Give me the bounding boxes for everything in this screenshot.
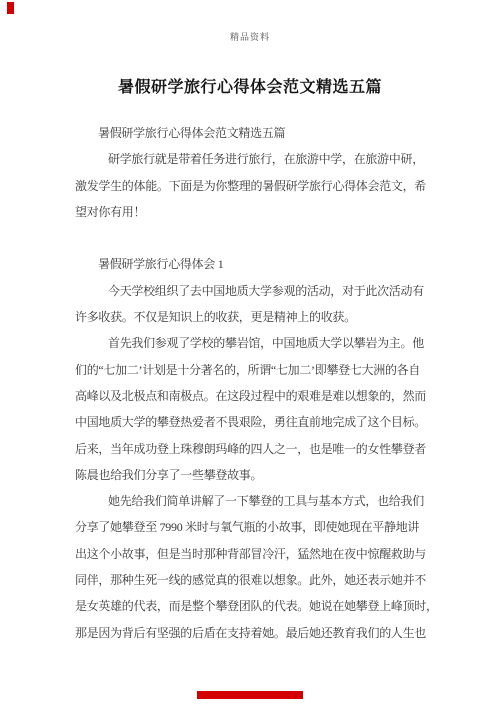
red-corner-mark xyxy=(7,2,14,14)
watermark-text: 精品资料 xyxy=(0,30,500,43)
text-line: 许多收获。不仅是知识上的收获，更是精神上的收获。 xyxy=(75,304,431,330)
page-title: 暑假研学旅行心得体会范文精选五篇 xyxy=(0,74,500,97)
text-line: 激发学生的体能。下面是为你整理的暑假研学旅行心得体会范文，希 xyxy=(75,173,431,199)
text-line: 分享了她攀登至 7990 米时与氧气瓶的小故事，即使她现在平静地讲 xyxy=(75,514,431,540)
text-line: 她先给我们简单讲解了一下攀登的工具与基本方式，也给我们 xyxy=(75,488,431,514)
blank-line xyxy=(75,225,431,251)
text-line: 同伴，那种生死一线的感觉真的很难以想象。此外，她还表示她并不 xyxy=(75,567,431,593)
text-line: 望对你有用！ xyxy=(75,199,431,225)
document-page: 精品资料 暑假研学旅行心得体会范文精选五篇 暑假研学旅行心得体会范文精选五篇研学… xyxy=(0,0,500,707)
document-body: 暑假研学旅行心得体会范文精选五篇研学旅行就是带着任务进行旅行，在旅游中学，在旅游… xyxy=(75,120,431,646)
text-line: 高峰以及北极点和南极点。在这段过程中的艰难是难以想象的，然而 xyxy=(75,383,431,409)
text-line: 中国地质大学的攀登热爱者不畏艰险，勇往直前地完成了这个目标。 xyxy=(75,409,431,435)
text-line: 后来，当年成功登上珠穆朗玛峰的四人之一，也是唯一的女性攀登者 xyxy=(75,436,431,462)
text-line: 出这个小故事，但是当时那种背部冒冷汗，猛然地在夜中惊醒救助与 xyxy=(75,541,431,567)
text-line: 首先我们参观了学校的攀岩馆，中国地质大学以攀岩为主。他 xyxy=(75,330,431,356)
text-line: 那是因为背后有坚强的后盾在支持着她。最后她还教育我们的人生也 xyxy=(75,620,431,646)
text-line: 陈晨也给我们分享了一些攀登故事。 xyxy=(75,462,431,488)
text-line: 们的“七加二’计划是十分著名的，所谓“七加二’即攀登七大洲的各自 xyxy=(75,357,431,383)
text-line: 是女英雄的代表，而是整个攀登团队的代表。她说在她攀登上峰顶时， xyxy=(75,593,431,619)
text-line: 研学旅行就是带着任务进行旅行，在旅游中学，在旅游中研， xyxy=(75,146,431,172)
text-line: 今天学校组织了去中国地质大学参观的活动，对于此次活动有 xyxy=(75,278,431,304)
red-bottom-bar xyxy=(197,691,303,699)
text-line: 暑假研学旅行心得体会 1 xyxy=(75,251,431,277)
text-line: 暑假研学旅行心得体会范文精选五篇 xyxy=(75,120,431,146)
